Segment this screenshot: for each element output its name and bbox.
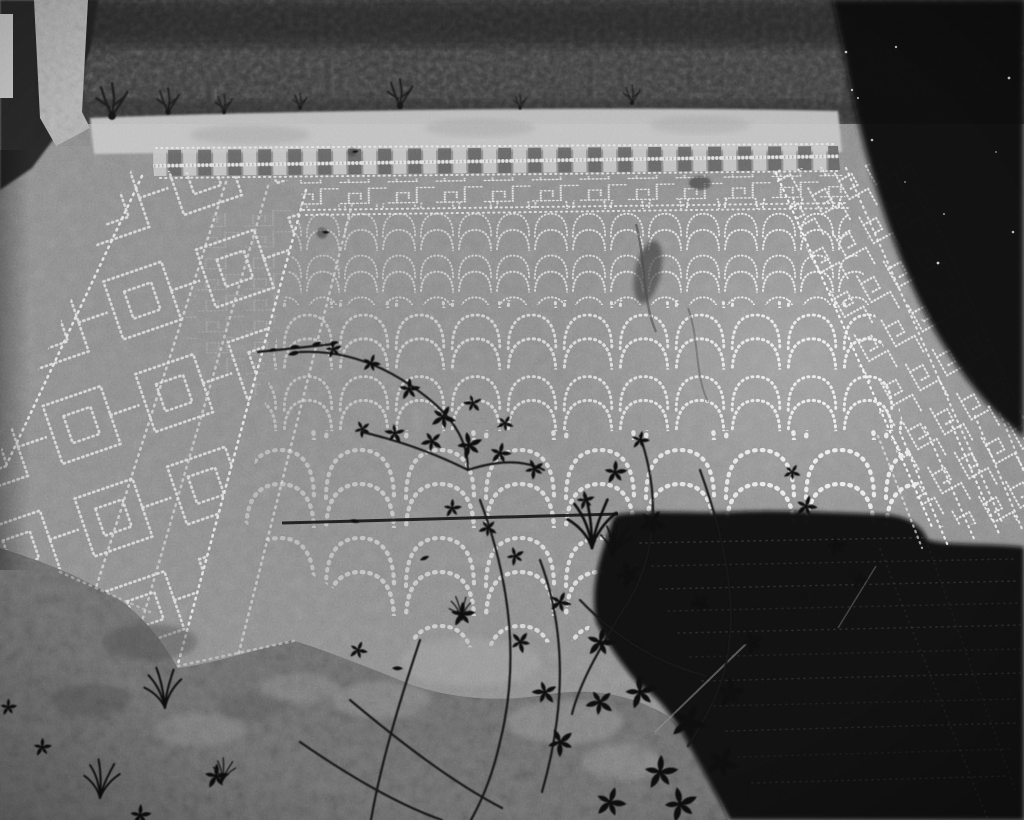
photo-canvas: Black and white photograph of an ancient… xyxy=(0,0,1024,820)
film-grain xyxy=(0,0,1024,820)
mosaic-photograph: Black and white photograph of an ancient… xyxy=(0,0,1024,820)
